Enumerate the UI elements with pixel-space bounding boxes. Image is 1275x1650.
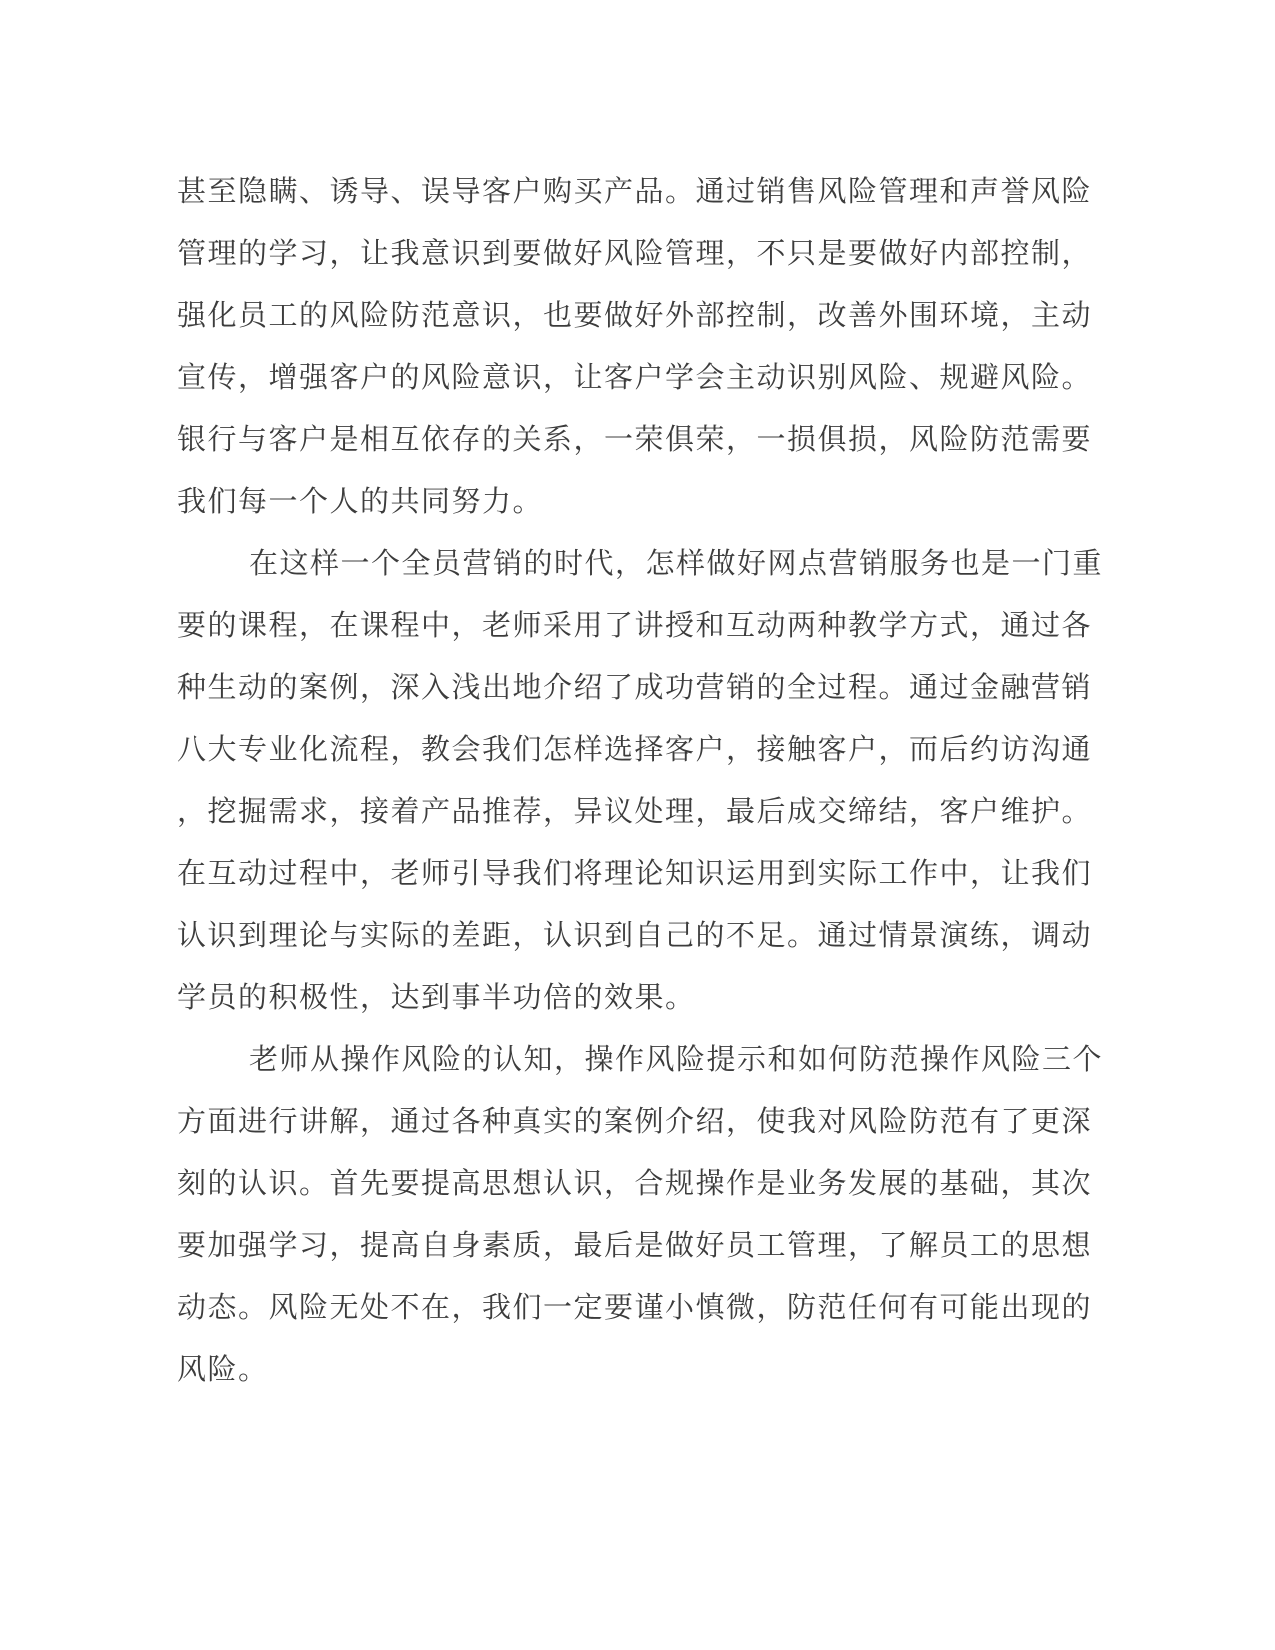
text-line: 方面进行讲解，通过各种真实的案例介绍，使我对风险防范有了更深	[177, 1091, 1101, 1153]
document-body-text: 甚至隐瞒、诱导、误导客户购买产品。通过销售风险管理和声誉风险管理的学习，让我意识…	[177, 161, 1101, 1401]
text-line: 我们每一个人的共同努力。	[177, 471, 1101, 533]
text-line: 强化员工的风险防范意识，也要做好外部控制，改善外围环境，主动	[177, 285, 1101, 347]
text-line: 老师从操作风险的认知，操作风险提示和如何防范操作风险三个	[177, 1029, 1101, 1091]
text-line: 动态。风险无处不在，我们一定要谨小慎微，防范任何有可能出现的	[177, 1277, 1101, 1339]
text-line: ，挖掘需求，接着产品推荐，异议处理，最后成交缔结，客户维护。	[177, 781, 1101, 843]
text-line: 甚至隐瞒、诱导、误导客户购买产品。通过销售风险管理和声誉风险	[177, 161, 1101, 223]
document-page: 甚至隐瞒、诱导、误导客户购买产品。通过销售风险管理和声誉风险管理的学习，让我意识…	[0, 0, 1275, 1650]
text-line: 在这样一个全员营销的时代，怎样做好网点营销服务也是一门重	[177, 533, 1101, 595]
text-line: 银行与客户是相互依存的关系，一荣俱荣，一损俱损，风险防范需要	[177, 409, 1101, 471]
text-line: 认识到理论与实际的差距，认识到自己的不足。通过情景演练，调动	[177, 905, 1101, 967]
text-line: 宣传，增强客户的风险意识，让客户学会主动识别风险、规避风险。	[177, 347, 1101, 409]
text-line: 刻的认识。首先要提高思想认识，合规操作是业务发展的基础，其次	[177, 1153, 1101, 1215]
text-line: 种生动的案例，深入浅出地介绍了成功营销的全过程。通过金融营销	[177, 657, 1101, 719]
text-line: 在互动过程中，老师引导我们将理论知识运用到实际工作中，让我们	[177, 843, 1101, 905]
text-line: 管理的学习，让我意识到要做好风险管理，不只是要做好内部控制，	[177, 223, 1101, 285]
text-line: 要的课程，在课程中，老师采用了讲授和互动两种教学方式，通过各	[177, 595, 1101, 657]
text-line: 风险。	[177, 1339, 1101, 1401]
text-line: 要加强学习，提高自身素质，最后是做好员工管理，了解员工的思想	[177, 1215, 1101, 1277]
text-line: 八大专业化流程，教会我们怎样选择客户，接触客户，而后约访沟通	[177, 719, 1101, 781]
text-line: 学员的积极性，达到事半功倍的效果。	[177, 967, 1101, 1029]
